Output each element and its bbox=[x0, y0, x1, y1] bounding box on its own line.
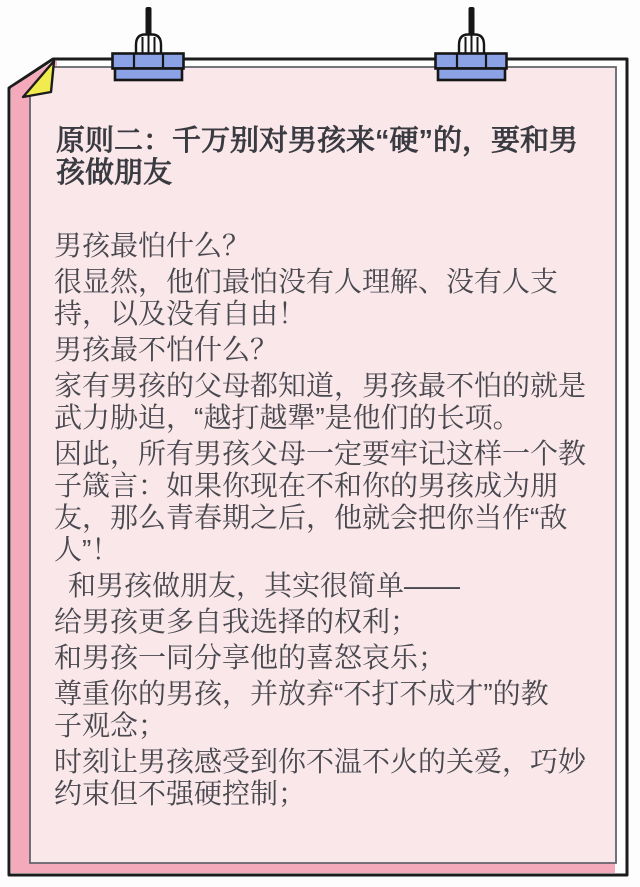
binder-clip-icon-left bbox=[113, 7, 184, 80]
binder-clip-icon-right bbox=[436, 7, 507, 80]
note-body: 男孩最怕什么？ 很显然，他们最怕没有人理解、没有人支 持，以及没有自由！ 男孩最… bbox=[54, 230, 620, 814]
paragraph: 因此，所有男孩父母一定要牢记这样一个教 子箴言：如果你现在不和你的男孩成为朋 友… bbox=[54, 438, 620, 566]
paragraph: 男孩最怕什么？ bbox=[54, 230, 620, 262]
paragraph: 尊重你的男孩，并放弃“不打不成才”的教 子观念； bbox=[54, 678, 620, 742]
paragraph: 和男孩做朋友，其实很简单—— bbox=[54, 570, 620, 602]
paragraph: 给男孩更多自我选择的权利； bbox=[54, 606, 620, 638]
note-poster: 原则二：千万别对男孩来“硬”的，要和男 孩做朋友 男孩最怕什么？ 很显然，他们最… bbox=[0, 0, 640, 887]
paragraph: 时刻让男孩感受到你不温不火的关爱，巧妙 约束但不强硬控制； bbox=[54, 746, 620, 810]
paragraph: 男孩最不怕什么？ bbox=[54, 334, 620, 366]
note-heading: 原则二：千万别对男孩来“硬”的，要和男 孩做朋友 bbox=[56, 125, 616, 189]
paragraph: 家有男孩的父母都知道，男孩最不怕的就是 武力胁迫，“越打越犟”是他们的长项。 bbox=[54, 370, 620, 434]
paragraph: 和男孩一同分享他的喜怒哀乐； bbox=[54, 642, 620, 674]
paragraph: 很显然，他们最怕没有人理解、没有人支 持，以及没有自由！ bbox=[54, 266, 620, 330]
